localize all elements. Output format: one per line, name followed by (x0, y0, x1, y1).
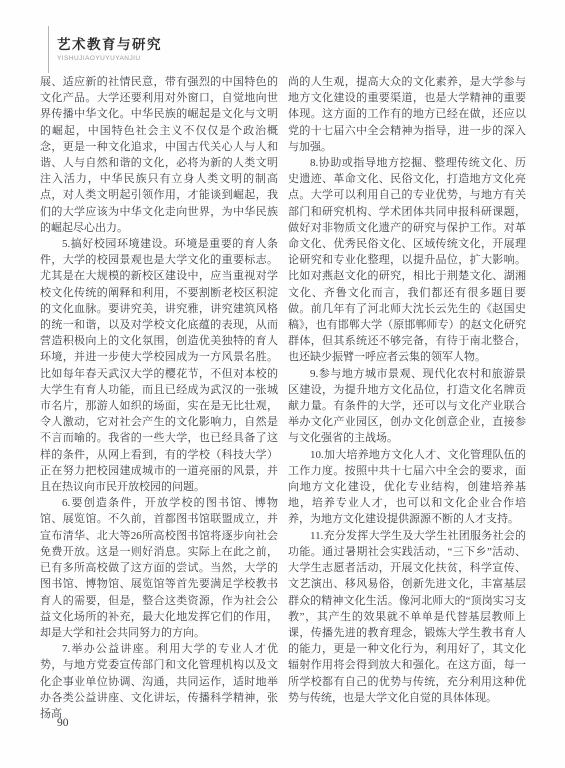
paragraph: 8.协助或指导地方挖掘、整理传统文化、历史遗迹、革命文化、民俗文化，打造地方文化… (288, 155, 526, 366)
paragraph: 10.加大培养地方文化人才、文化管理队伍的工作力度。按照中共十七届六中全会的要求… (288, 447, 526, 528)
page-number: 90 (57, 717, 69, 729)
paragraph: 尚的人生观，提高大众的文化素养，是大学参与地方文化建设的重要渠道，也是大学精神的… (288, 74, 526, 155)
journal-title: 艺术教育与研究 (57, 33, 162, 53)
paragraph: 7.举办公益讲座。利用大学的专业人才优势，与地方党委宣传部门和文化管理机构以及文… (40, 641, 278, 722)
paragraph: 9.参与地方城市景观、现代化农村和旅游景区建设，为提升地方文化品位，打造文化名牌… (288, 366, 526, 447)
paragraph: 5.搞好校园环境建设。环境是重要的育人条件，大学的校园景观也是大学文化的重要标志… (40, 236, 278, 495)
header-divider (48, 26, 49, 73)
body-text: 展、适应新的社情民意，带有强烈的中国特色的文化产品。大学还要利用对外窗口，自觉地… (40, 74, 526, 722)
paragraph: 展、适应新的社情民意，带有强烈的中国特色的文化产品。大学还要利用对外窗口，自觉地… (40, 74, 278, 236)
journal-header: 艺术教育与研究 YISHUJIAOYUYUYANJIU (57, 33, 162, 62)
journal-page: 艺术教育与研究 YISHUJIAOYUYUYANJIU 展、适应新的社情民意，带… (0, 0, 565, 768)
journal-title-pinyin: YISHUJIAOYUYUYANJIU (57, 55, 162, 62)
paragraph: 11.充分发挥大学生及大学生社团服务社会的功能。通过暑期社会实践活动，“三下乡”… (288, 528, 526, 706)
text-column-right: 尚的人生观，提高大众的文化素养，是大学参与地方文化建设的重要渠道，也是大学精神的… (288, 74, 526, 722)
text-column-left: 展、适应新的社情民意，带有强烈的中国特色的文化产品。大学还要利用对外窗口，自觉地… (40, 74, 278, 722)
paragraph: 6.要创造条件，开放学校的图书馆、博物馆、展览馆。不久前，首都图书馆联盟成立，并… (40, 495, 278, 641)
